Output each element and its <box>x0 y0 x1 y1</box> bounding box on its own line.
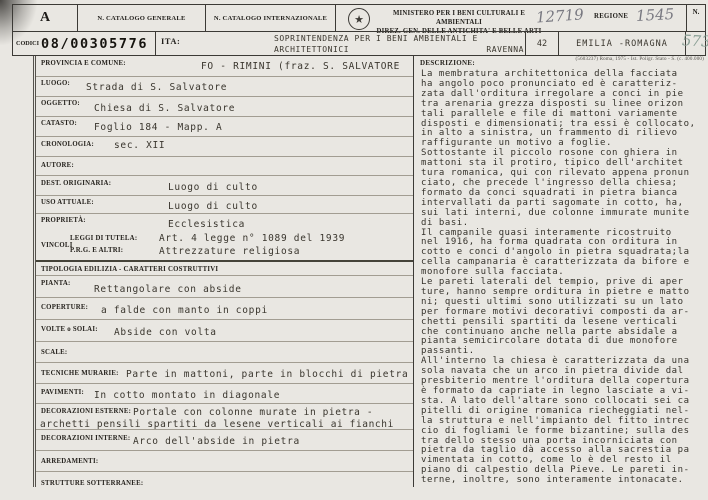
field-row-oggetto: OGGETTO: Chiesa di S. Salvatore <box>36 97 413 117</box>
ministry-cell: ★ MINISTERO PER I BENI CULTURALI E AMBIE… <box>336 5 686 31</box>
field-value: Strada di S. Salvatore <box>86 82 227 93</box>
soprintendenza-city: RAVENNA <box>486 45 524 56</box>
field-value: Ecclesistica <box>168 219 245 230</box>
handwritten-badge: 573 <box>682 31 708 50</box>
soprintendenza-line2: ARCHITETTONICI RAVENNA <box>274 45 524 56</box>
soprintendenza-line1: SOPRINTENDENZA PER I BENI AMBIENTALI E <box>274 34 524 45</box>
field-row-strutture-sotterranee: STRUTTURE SOTTERRANEE: <box>36 472 413 487</box>
field-label: TECNICHE MURARIE: <box>41 370 119 377</box>
field-label: AUTORE: <box>41 162 74 169</box>
description-text: La membratura architettonica della facci… <box>421 70 696 486</box>
header-row-2: CODICI 08/00305776 ITA: SOPRINTENDENZA P… <box>12 31 706 56</box>
field-row-uso-attuale: USO ATTUALE: Luogo di culto <box>36 196 413 214</box>
field-row-pianta: PIANTA: Rettangolare con abside <box>36 276 413 298</box>
field-value: Chiesa di S. Salvatore <box>94 103 235 114</box>
field-label: PAVIMENTI: <box>41 389 84 396</box>
field-value: Abside con volta <box>114 327 217 338</box>
field-row-autore: AUTORE: <box>36 157 413 176</box>
field-value: Rettangolare con abside <box>94 284 242 295</box>
field-row-cronologia: CRONOLOGIA: sec. XII <box>36 137 413 157</box>
field-label: CATASTO: <box>41 120 77 127</box>
section-header-tipologia: TIPOLOGIA EDILIZIA - CARATTERI COSTRUTTI… <box>36 260 413 276</box>
field-row-catasto: CATASTO: Foglio 184 - Mapp. A <box>36 117 413 137</box>
ita-label: ITA: <box>161 36 180 46</box>
soprintendenza-name: ARCHITETTONICI <box>274 45 349 56</box>
field-row-proprieta: PROPRIETÀ: Ecclesistica <box>36 214 413 232</box>
field-row-pavimenti: PAVIMENTI: In cotto montato in diagonale <box>36 384 413 404</box>
field-value: Foglio 184 - Mapp. A <box>94 122 222 133</box>
vincoli-sub1-label: LEGGI DI TUTELA: <box>70 235 137 242</box>
ministry-line1: MINISTERO PER I BENI CULTURALI E AMBIENT… <box>374 9 544 27</box>
field-row-scale: SCALE: <box>36 342 413 363</box>
italy-emblem-icon: ★ <box>348 8 370 30</box>
field-value: Portale con colonne murate in pietra - a… <box>40 407 412 430</box>
series-letter: A <box>13 5 78 31</box>
field-label: DECORAZIONI INTERNE: <box>41 435 130 442</box>
badge-cell: 573 <box>686 32 705 55</box>
field-value: FO - RIMINI (fraz. S. SALVATORE <box>201 61 400 72</box>
field-value: Luogo di culto <box>168 182 258 193</box>
field-value: sec. XII <box>114 140 165 151</box>
handwritten-number-right: 1545 <box>636 5 675 25</box>
field-value: Luogo di culto <box>168 201 258 212</box>
fields-column: PROVINCIA E COMUNE: FO - RIMINI (fraz. S… <box>33 56 413 487</box>
field-label: PROPRIETÀ: <box>41 217 86 224</box>
field-row-volte-solai: VOLTE o SOLAI: Abside con volta <box>36 320 413 342</box>
field-label: CRONOLOGIA: <box>41 141 94 148</box>
section-label: TIPOLOGIA EDILIZIA - CARATTERI COSTRUTTI… <box>41 266 218 273</box>
ita-cell: ITA: SOPRINTENDENZA PER I BENI AMBIENTAL… <box>156 32 526 55</box>
vincoli-sub1-value: Art. 4 legge n° 1089 del 1939 <box>159 233 345 244</box>
codici-cell: CODICI 08/00305776 <box>13 32 156 55</box>
field-label: PIANTA: <box>41 280 71 287</box>
field-label: VINCOLI <box>41 242 73 249</box>
field-row-decorazioni-esterne: DECORAZIONI ESTERNE: Portale con colonne… <box>36 404 413 430</box>
regione-label: REGIONE <box>594 13 628 20</box>
field-label: STRUTTURE SOTTERRANEE: <box>41 480 143 487</box>
field-row-luogo: LUOGO: Strada di S. Salvatore <box>36 77 413 97</box>
header-row-1: A N. CATALOGO GENERALE N. CATALOGO INTER… <box>12 4 706 31</box>
field-label: PROVINCIA E COMUNE: <box>41 60 126 67</box>
field-label: LUOGO: <box>41 80 70 87</box>
field-row-coperture: COPERTURE: a falde con manto in coppi <box>36 298 413 320</box>
field-label: USO ATTUALE: <box>41 199 94 206</box>
field-label: DEST. ORIGINARIA: <box>41 180 111 187</box>
catalogo-internazionale-cell: N. CATALOGO INTERNAZIONALE <box>206 5 336 31</box>
field-row-vincoli: VINCOLI LEGGI DI TUTELA: P.R.G. E ALTRI:… <box>36 232 413 260</box>
codici-label: CODICI <box>16 40 39 47</box>
field-value: Parte in mattoni, parte in blocchi di pi… <box>126 369 408 380</box>
codici-value: 08/00305776 <box>41 36 148 52</box>
field-row-arredamenti: ARREDAMENTI: <box>36 451 413 472</box>
handwritten-number-left: 12719 <box>535 5 584 26</box>
catalogo-generale-cell: N. CATALOGO GENERALE <box>78 5 206 31</box>
field-label: VOLTE o SOLAI: <box>41 326 98 333</box>
field-label: COPERTURE: <box>41 304 88 311</box>
vincoli-sub2-label: P.R.G. E ALTRI: <box>70 247 123 254</box>
field-label: OGGETTO: <box>41 100 80 107</box>
field-value: Arco dell'abside in pietra <box>133 436 300 447</box>
field-row-tecniche-murarie: TECNICHE MURARIE: Parte in mattoni, part… <box>36 363 413 384</box>
field-label: ARREDAMENTI: <box>41 458 98 465</box>
catalog-form-scan: { "header": { "series_letter": "A", "cat… <box>0 0 708 500</box>
field-row-dest-originaria: DEST. ORIGINARIA: Luogo di culto <box>36 176 413 196</box>
office-code-cell: 42 <box>526 32 559 55</box>
regione-value-cell: EMILIA -ROMAGNA <box>559 32 686 55</box>
field-label: SCALE: <box>41 349 67 356</box>
soprintendenza-block: SOPRINTENDENZA PER I BENI AMBIENTALI E A… <box>274 34 524 55</box>
field-value: In cotto montato in diagonale <box>94 390 280 401</box>
vincoli-sub2-value: Attrezzature religiosa <box>159 246 300 257</box>
n-cell: N. <box>686 5 705 31</box>
field-row-decorazioni-interne: DECORAZIONI INTERNE: Arco dell'abside in… <box>36 430 413 451</box>
description-column: DESCRIZIONE: La membratura architettonic… <box>413 56 708 487</box>
field-row-provincia: PROVINCIA E COMUNE: FO - RIMINI (fraz. S… <box>36 56 413 77</box>
description-label: DESCRIZIONE: <box>420 59 475 67</box>
field-value: a falde con manto in coppi <box>101 305 268 316</box>
